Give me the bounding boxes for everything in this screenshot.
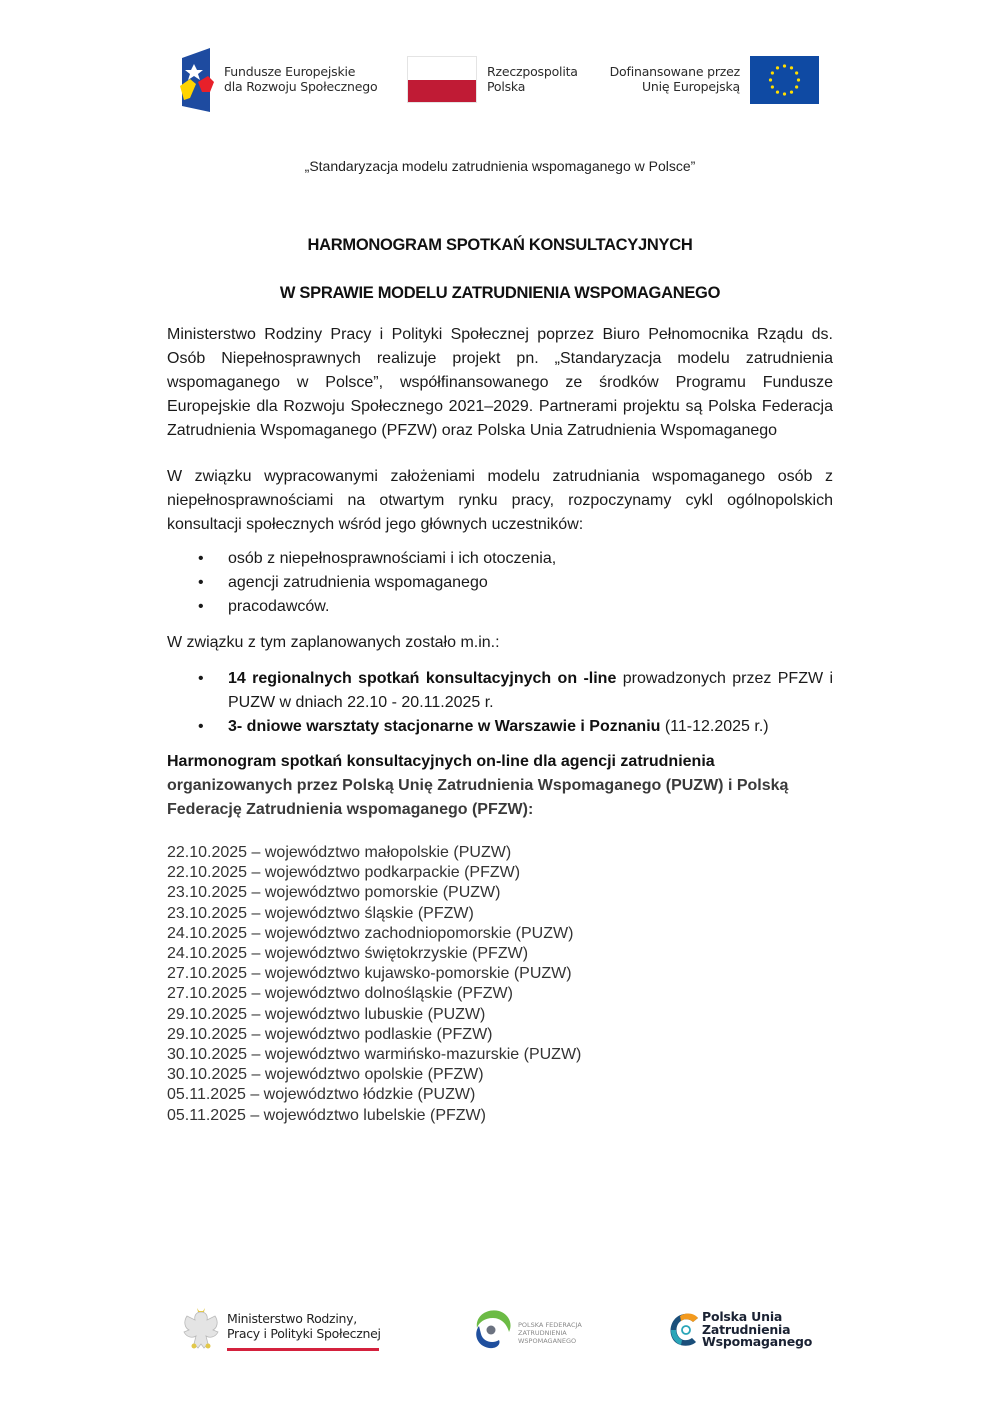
schedule-item: 22.10.2025 – województwo podkarpackie (P… (167, 863, 581, 883)
pfzw-swirl-logo-icon (469, 1306, 515, 1352)
header-logo-bar: Fundusze Europejskie dla Rozwoju Społecz… (0, 44, 1000, 114)
eu-logo-text: Dofinansowane przez Unię Europejską (580, 64, 740, 94)
list-item: 3- dniowe warsztaty stacjonarne w Warsza… (167, 715, 833, 739)
planned-intro: W związku z tym zaplanowanych zostało m.… (167, 631, 833, 655)
schedule-item: 29.10.2025 – województwo lubuskie (PUZW) (167, 1005, 581, 1025)
schedule-list: 22.10.2025 – województwo małopolskie (PU… (167, 843, 581, 1126)
schedule-item: 27.10.2025 – województwo dolnośląskie (P… (167, 984, 581, 1004)
consultation-paragraph: W związku wypracowanymi założeniami mode… (167, 465, 833, 537)
schedule-item: 23.10.2025 – województwo pomorskie (PUZW… (167, 883, 581, 903)
rp-logo-text: Rzeczpospolita Polska (487, 64, 578, 94)
ministry-logo-text: Ministerstwo Rodziny, Pracy i Polityki S… (227, 1311, 381, 1341)
schedule-item: 24.10.2025 – województwo zachodniopomors… (167, 924, 581, 944)
eu-flag-icon (750, 56, 819, 104)
schedule-item: 23.10.2025 – województwo śląskie (PFZW) (167, 904, 581, 924)
list-item: agencji zatrudnienia wspomaganego (167, 571, 833, 595)
white-eagle-emblem-icon (181, 1306, 221, 1352)
puzw-c-logo-icon (668, 1310, 702, 1348)
puzw-logo-text: Polska Unia Zatrudnienia Wspomaganego (702, 1311, 812, 1349)
document-title-line2: W SPRAWIE MODELU ZATRUDNIENIA WSPOMAGANE… (0, 284, 1000, 303)
schedule-item: 05.11.2025 – województwo lubelskie (PFZW… (167, 1106, 581, 1126)
planned-events-list: 14 regionalnych spotkań konsultacyjnych … (167, 667, 833, 739)
fe-star-logo-icon (180, 48, 216, 112)
pfzw-logo-text: POLSKA FEDERACJA ZATRUDNIENIA WSPOMAGANE… (518, 1321, 582, 1345)
schedule-item: 29.10.2025 – województwo podlaskie (PFZW… (167, 1025, 581, 1045)
schedule-item: 22.10.2025 – województwo małopolskie (PU… (167, 843, 581, 863)
list-item: osób z niepełnosprawnościami i ich otocz… (167, 547, 833, 571)
schedule-item: 05.11.2025 – województwo łódzkie (PUZW) (167, 1085, 581, 1105)
participants-list: osób z niepełnosprawnościami i ich otocz… (167, 547, 833, 619)
list-item: pracodawców. (167, 595, 833, 619)
schedule-item: 27.10.2025 – województwo kujawsko-pomors… (167, 964, 581, 984)
fe-logo-text: Fundusze Europejskie dla Rozwoju Społecz… (224, 64, 377, 94)
schedule-item: 24.10.2025 – województwo świętokrzyskie … (167, 944, 581, 964)
polish-flag-icon (407, 56, 477, 103)
ministry-red-underline (227, 1348, 379, 1351)
list-item: 14 regionalnych spotkań konsultacyjnych … (167, 667, 833, 715)
schedule-item: 30.10.2025 – województwo opolskie (PFZW) (167, 1065, 581, 1085)
intro-paragraph: Ministerstwo Rodziny Pracy i Polityki Sp… (167, 323, 833, 443)
schedule-heading: Harmonogram spotkań konsultacyjnych on-l… (167, 750, 833, 822)
footer-logo-bar: Ministerstwo Rodziny, Pracy i Polityki S… (0, 1300, 1000, 1360)
document-title: HARMONOGRAM SPOTKAŃ KONSULTACYJNYCH (0, 236, 1000, 255)
schedule-item: 30.10.2025 – województwo warmińsko-mazur… (167, 1045, 581, 1065)
project-subtitle: „Standaryzacja modelu zatrudnienia wspom… (0, 158, 1000, 174)
